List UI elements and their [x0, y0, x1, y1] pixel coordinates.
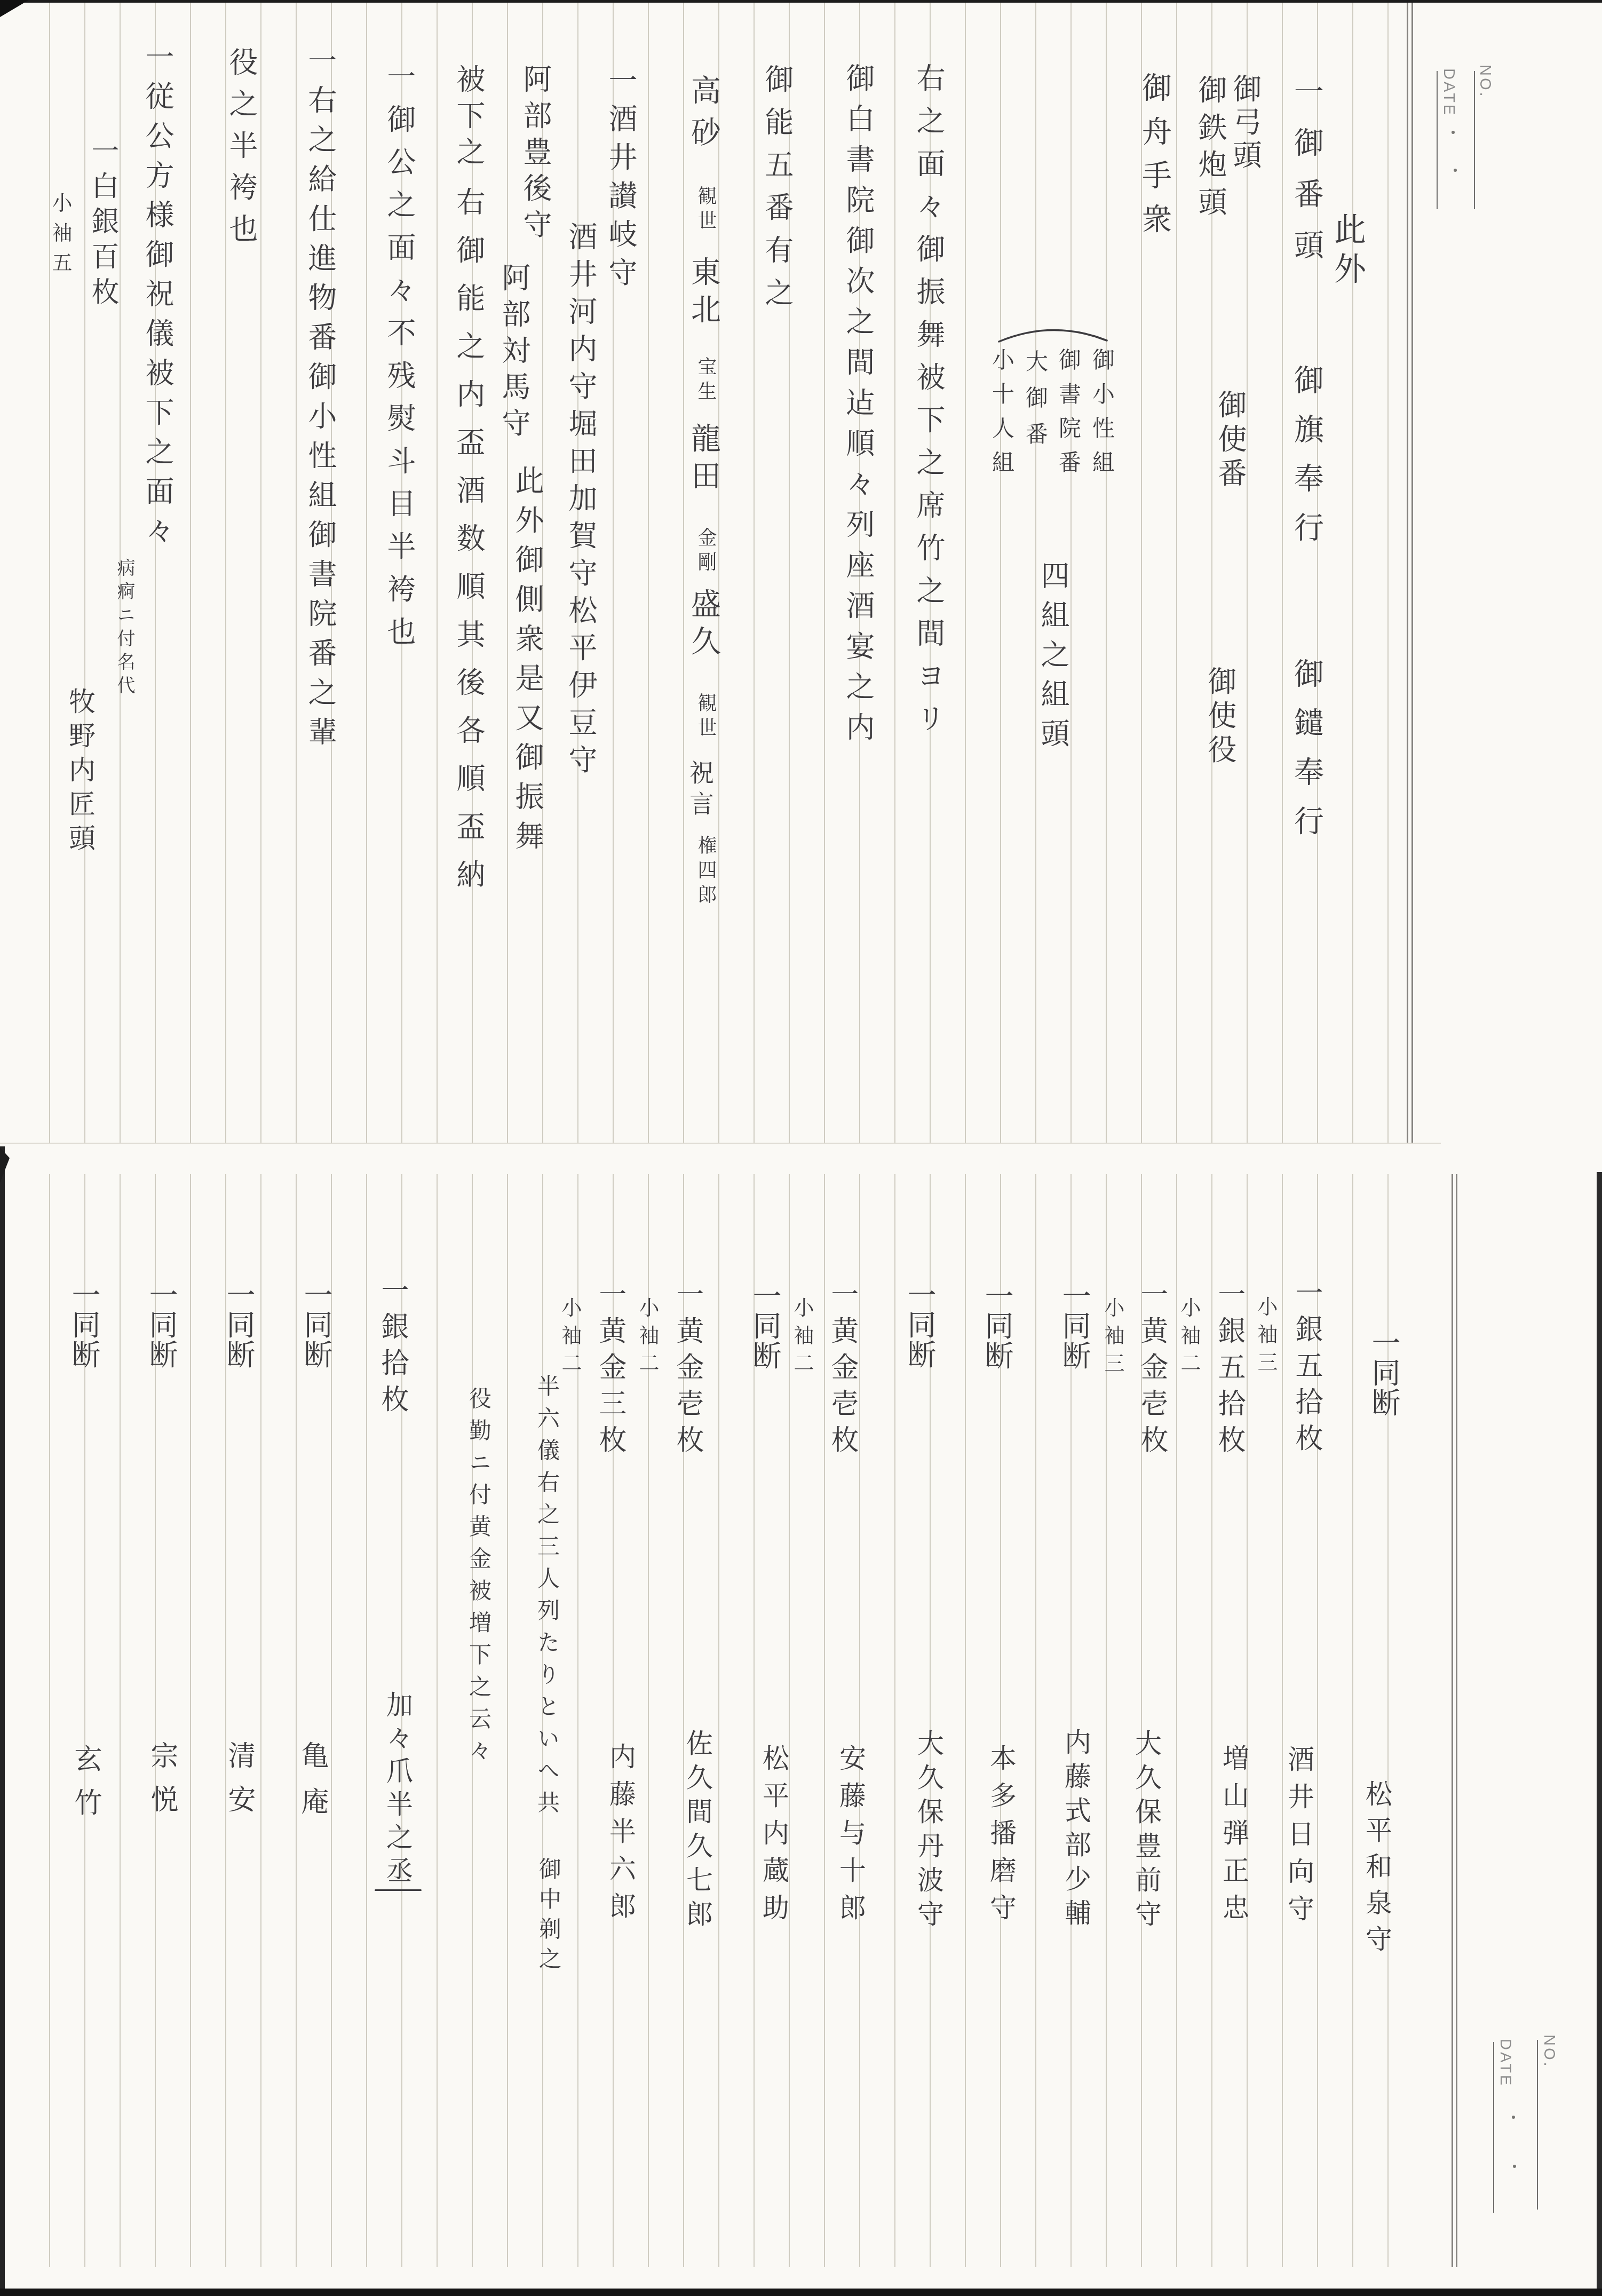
handwritten-column: 小袖二	[1179, 1297, 1199, 1380]
handwritten-column: 一同断	[982, 1281, 1011, 1371]
handwritten-column: 小袖三	[1256, 1296, 1276, 1379]
page-bottom-edge-shadow	[0, 1143, 1441, 1144]
handwritten-column: 内藤半六郎	[607, 1743, 634, 1929]
handwritten-column: 一同断	[905, 1280, 934, 1369]
handwritten-column: 一黄金壱枚	[828, 1280, 856, 1461]
handwritten-column: 酒井日向守	[1286, 1745, 1312, 1932]
handwritten-column: 御鉄炮頭	[1196, 75, 1225, 224]
handwritten-column: 龍田	[688, 423, 718, 497]
handwritten-column: 右御能之内盃酒数順其後各順盃納	[454, 187, 483, 907]
handwritten-column: 観世	[696, 186, 715, 235]
handwritten-column: 此外	[1331, 212, 1363, 291]
handwritten-underline	[375, 1889, 422, 1891]
handwritten-column: 盛久	[688, 588, 718, 663]
handwritten-column: 大久保丹波守	[915, 1729, 942, 1934]
handwritten-column: 小十人組	[990, 348, 1013, 485]
handwritten-column: 被下之	[454, 64, 483, 173]
handwritten-column: 御小性組	[1091, 348, 1113, 485]
handwritten-column: 御使番	[1216, 390, 1244, 492]
handwritten-column: 一銀五拾枚	[1215, 1280, 1243, 1461]
handwritten-column: 一銀五拾枚	[1292, 1278, 1320, 1460]
handwritten-column: 小袖二	[792, 1297, 812, 1380]
handwritten-column: 御使役	[1206, 666, 1234, 769]
handwritten-column: 御白書院御次之間迠順々列座酒宴之内	[844, 63, 873, 753]
handwritten-column: 御書院番	[1057, 348, 1080, 485]
handwritten-column: 安藤与十郎	[837, 1744, 864, 1931]
handwritten-column: 加々爪半之丞	[384, 1691, 411, 1889]
handwritten-column: 一銀拾枚	[378, 1276, 406, 1421]
handwritten-column: 御舟手衆	[1139, 72, 1169, 247]
handwritten-column: 金剛	[696, 527, 715, 576]
handwritten-column: 役之半袴也	[227, 47, 256, 255]
handwritten-column: 一黄金三枚	[596, 1280, 624, 1461]
handwritten-column: 宝生	[696, 357, 715, 406]
handwritten-column: 一従公方様御祝儀被下之面々	[143, 42, 172, 555]
handwritten-column: 一酒井讃岐守	[606, 65, 635, 296]
scan-left-edge	[0, 1146, 5, 2296]
handwritten-column: 玄竹	[72, 1744, 99, 1832]
handwritten-column: 高砂	[688, 75, 718, 158]
handwritten-column: 増山弾正忠	[1220, 1744, 1247, 1931]
handwritten-column: 一黄金壱枚	[673, 1280, 701, 1461]
handwritten-column: 観世	[696, 693, 715, 742]
handwritten-column: 病痾ニ付名代	[115, 558, 133, 699]
handwritten-column: 御中剃之	[537, 1857, 560, 1977]
handwritten-column: 一同断	[224, 1280, 253, 1369]
handwritten-column: 佐久間久七郎	[684, 1729, 711, 1934]
handwritten-column: 右之面々御振舞被下之席竹之間ヨリ	[914, 63, 943, 746]
handwritten-column: 松平和泉守	[1363, 1780, 1390, 1961]
handwritten-column: 内藤式部少輔	[1062, 1728, 1089, 1933]
handwritten-column: 一同断	[69, 1280, 98, 1369]
handwritten-column: 半六儀右之三人列たりといへ共	[536, 1374, 558, 1823]
handwritten-column: 本多播磨守	[988, 1744, 1014, 1931]
handwritten-column: 松平内蔵助	[760, 1744, 787, 1931]
handwritten-column: 権四郎	[696, 835, 715, 909]
handwritten-column: 此外御側衆是又御振舞	[513, 465, 542, 860]
scan-bottom-edge	[0, 2289, 1602, 2296]
handwritten-column: 一同断	[302, 1280, 330, 1369]
handwritten-column: 御鑓奉行	[1291, 658, 1321, 854]
handwritten-column: 御弓頭	[1231, 74, 1259, 173]
handwritten-column: 小袖三	[1103, 1297, 1123, 1380]
handwritten-column: 一白銀百枚	[89, 136, 116, 312]
handwritten-column: 阿部豊後守	[521, 64, 550, 246]
handwritten-column: 小袖五	[50, 192, 70, 282]
handwritten-column: 清安	[225, 1741, 253, 1828]
handwritten-column: 四組之組頭	[1038, 560, 1067, 758]
handwritten-column: 小袖二	[637, 1297, 657, 1380]
handwritten-column: 大久保豊前守	[1133, 1729, 1160, 1934]
handwritten-column: 阿部対馬守	[499, 263, 528, 444]
handwritten-column: 一同断	[1369, 1328, 1398, 1418]
handwritten-column: 小袖二	[560, 1297, 580, 1380]
handwritten-column: 御旗奉行	[1291, 365, 1321, 561]
handwritten-column: 宗悦	[148, 1741, 176, 1828]
scan-top-edge	[0, 0, 1602, 3]
handwritten-column: 一右之給仕進物番御小性組御書院番之輩	[306, 45, 335, 756]
handwriting-layer: 此外一御番頭御旗奉行御鑓奉行御弓頭御鉄炮頭御使番御使役御舟手衆御小性組御書院番大…	[0, 0, 1602, 2296]
handwritten-column: 東北	[688, 256, 718, 331]
handwritten-column: 祝言	[688, 760, 712, 822]
handwritten-column: 亀庵	[298, 1741, 326, 1833]
handwritten-column: 役勤ニ付黄金被増下之云々	[467, 1387, 490, 1771]
handwritten-column: 一同断	[1060, 1281, 1089, 1371]
scan-right-edge	[1597, 1172, 1602, 2296]
handwritten-column: 牧野内匠頭	[67, 687, 93, 858]
handwritten-column: 一御番頭	[1291, 76, 1321, 281]
handwritten-column: 酒井河内守堀田加賀守松平伊豆守	[566, 221, 595, 782]
handwritten-column: 一御公之面々不残熨斗目半袴也	[385, 61, 414, 659]
handwritten-column: 一黄金壱枚	[1138, 1280, 1165, 1461]
group-brace-icon	[996, 318, 1110, 347]
handwritten-column: 大御番	[1024, 350, 1046, 458]
handwritten-column: 一同断	[147, 1280, 176, 1369]
handwritten-column: 一同断	[750, 1281, 779, 1371]
handwritten-column: 御能五番有之	[763, 64, 791, 320]
scanned-notebook: { "document_type": "handwritten-notebook…	[0, 0, 1602, 2296]
